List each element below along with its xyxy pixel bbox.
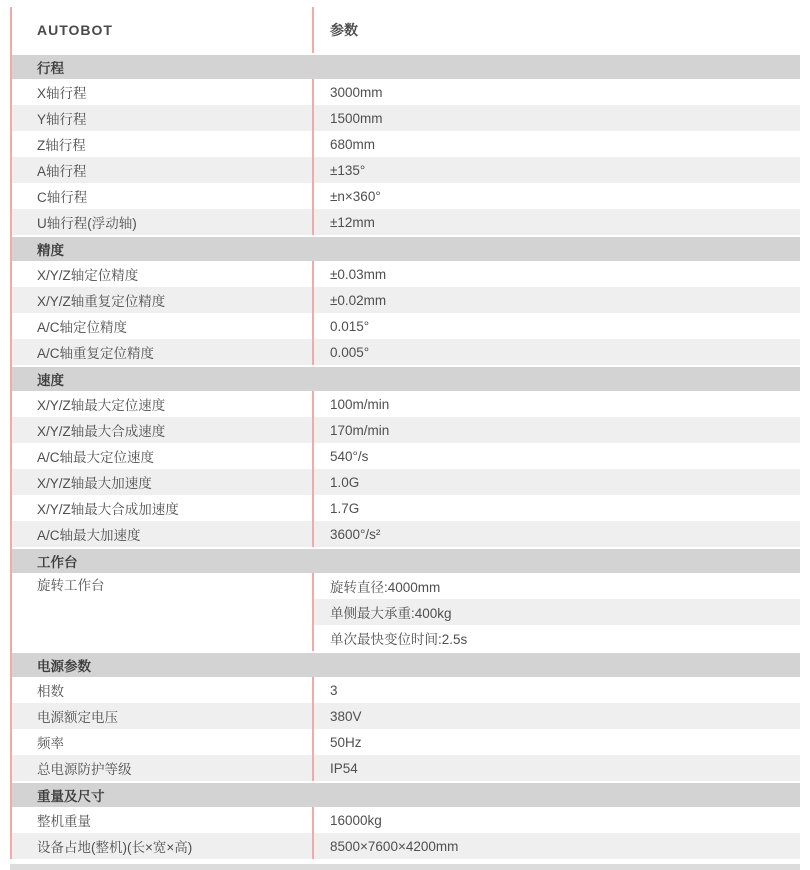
spec-row: 设备占地(整机)(长×宽×高)8500×7600×4200mm: [12, 833, 800, 859]
section-title: 电源参数: [37, 655, 91, 675]
spec-row: A轴行程±135°: [12, 157, 800, 183]
spec-value: 0.005°: [312, 339, 800, 365]
spec-value: 0.015°: [312, 313, 800, 339]
spec-subvalue: 单次最快变位时间:2.5s: [314, 625, 800, 651]
spec-value: IP54: [312, 755, 800, 781]
spec-table: AUTOBOT 参数 行程X轴行程3000mmY轴行程1500mmZ轴行程680…: [10, 7, 800, 859]
spec-row: C轴行程±n×360°: [12, 183, 800, 209]
left-accent-line: [10, 7, 12, 859]
spec-row: 电源额定电压380V: [12, 703, 800, 729]
spec-row: 相数3: [12, 677, 800, 703]
spec-label: X/Y/Z轴最大加速度: [12, 469, 312, 495]
spec-value: 3000mm: [312, 79, 800, 105]
spec-label: 旋转工作台: [12, 573, 312, 651]
section-header-bar: 行程: [12, 55, 800, 79]
spec-label: U轴行程(浮动轴): [12, 209, 312, 235]
spec-row: X/Y/Z轴最大加速度1.0G: [12, 469, 800, 495]
section-header-bar: 速度: [12, 367, 800, 391]
spec-row: A/C轴定位精度0.015°: [12, 313, 800, 339]
bottom-partial-section-bar: [10, 864, 800, 870]
spec-value: ±0.02mm: [312, 287, 800, 313]
spec-label: X/Y/Z轴定位精度: [12, 261, 312, 287]
spec-value: ±12mm: [312, 209, 800, 235]
spec-row: X/Y/Z轴最大合成加速度1.7G: [12, 495, 800, 521]
spec-row: X轴行程3000mm: [12, 79, 800, 105]
spec-row-group: 旋转工作台旋转直径:4000mm单侧最大承重:400kg单次最快变位时间:2.5…: [12, 573, 800, 651]
spec-label: 频率: [12, 729, 312, 755]
spec-label: A/C轴最大加速度: [12, 521, 312, 547]
spec-value: 100m/min: [312, 391, 800, 417]
spec-row: X/Y/Z轴最大合成速度170m/min: [12, 417, 800, 443]
spec-value: 380V: [312, 703, 800, 729]
product-name: AUTOBOT: [12, 7, 312, 53]
section-header-bar: 重量及尺寸: [12, 783, 800, 807]
section-title: 速度: [37, 369, 64, 389]
spec-label: A轴行程: [12, 157, 312, 183]
spec-row: U轴行程(浮动轴)±12mm: [12, 209, 800, 235]
spec-label: 总电源防护等级: [12, 755, 312, 781]
spec-value: 16000kg: [312, 807, 800, 833]
section-header-bar: 工作台: [12, 549, 800, 573]
param-column-header: 参数: [312, 7, 800, 53]
spec-label: X/Y/Z轴最大合成加速度: [12, 495, 312, 521]
spec-row: Z轴行程680mm: [12, 131, 800, 157]
spec-value: ±0.03mm: [312, 261, 800, 287]
spec-value: 3600°/s²: [312, 521, 800, 547]
spec-subrows: 旋转直径:4000mm单侧最大承重:400kg单次最快变位时间:2.5s: [312, 573, 800, 651]
section-header-bar: 精度: [12, 237, 800, 261]
spec-row: A/C轴重复定位精度0.005°: [12, 339, 800, 365]
spec-subvalue: 单侧最大承重:400kg: [314, 599, 800, 625]
spec-table-inner: AUTOBOT 参数 行程X轴行程3000mmY轴行程1500mmZ轴行程680…: [12, 7, 800, 859]
spec-row: 频率50Hz: [12, 729, 800, 755]
spec-label: 电源额定电压: [12, 703, 312, 729]
spec-label: X/Y/Z轴最大合成速度: [12, 417, 312, 443]
spec-value: 3: [312, 677, 800, 703]
spec-value: 8500×7600×4200mm: [312, 833, 800, 859]
spec-value: ±n×360°: [312, 183, 800, 209]
spec-label: X/Y/Z轴最大定位速度: [12, 391, 312, 417]
spec-value: 540°/s: [312, 443, 800, 469]
spec-label: X轴行程: [12, 79, 312, 105]
spec-label: A/C轴最大定位速度: [12, 443, 312, 469]
spec-subvalue: 旋转直径:4000mm: [314, 573, 800, 599]
table-body: 行程X轴行程3000mmY轴行程1500mmZ轴行程680mmA轴行程±135°…: [12, 55, 800, 859]
spec-label: C轴行程: [12, 183, 312, 209]
spec-row: A/C轴最大加速度3600°/s²: [12, 521, 800, 547]
spec-row: 整机重量16000kg: [12, 807, 800, 833]
section-title: 行程: [37, 57, 64, 77]
spec-value: 50Hz: [312, 729, 800, 755]
spec-row: Y轴行程1500mm: [12, 105, 800, 131]
spec-row: A/C轴最大定位速度540°/s: [12, 443, 800, 469]
spec-row: X/Y/Z轴重复定位精度±0.02mm: [12, 287, 800, 313]
section-title: 工作台: [37, 551, 78, 571]
table-header-row: AUTOBOT 参数: [12, 7, 800, 53]
spec-label: 整机重量: [12, 807, 312, 833]
spec-row: X/Y/Z轴最大定位速度100m/min: [12, 391, 800, 417]
section-title: 重量及尺寸: [37, 785, 105, 805]
spec-label: 相数: [12, 677, 312, 703]
spec-value: 170m/min: [312, 417, 800, 443]
spec-label: A/C轴定位精度: [12, 313, 312, 339]
spec-row: 总电源防护等级IP54: [12, 755, 800, 781]
spec-label: A/C轴重复定位精度: [12, 339, 312, 365]
spec-value: 1.0G: [312, 469, 800, 495]
spec-value: 680mm: [312, 131, 800, 157]
spec-value: ±135°: [312, 157, 800, 183]
spec-value: 1500mm: [312, 105, 800, 131]
spec-label: X/Y/Z轴重复定位精度: [12, 287, 312, 313]
spec-label: Z轴行程: [12, 131, 312, 157]
section-header-bar: 电源参数: [12, 653, 800, 677]
spec-row: X/Y/Z轴定位精度±0.03mm: [12, 261, 800, 287]
section-title: 精度: [37, 239, 64, 259]
spec-value: 1.7G: [312, 495, 800, 521]
spec-label: Y轴行程: [12, 105, 312, 131]
spec-label: 设备占地(整机)(长×宽×高): [12, 833, 312, 859]
